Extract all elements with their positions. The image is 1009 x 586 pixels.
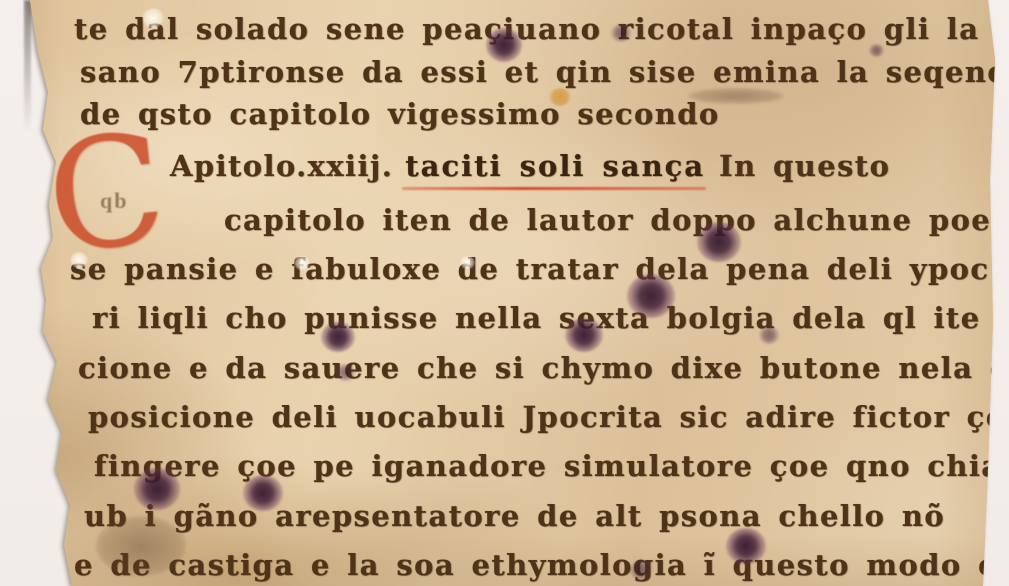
text-line-6: se pansie e fabuloxe de tratar dela pena… bbox=[70, 252, 989, 286]
ink-blot bbox=[697, 222, 741, 262]
initial-guide-letters: qb bbox=[100, 188, 128, 214]
parchment-glint bbox=[70, 252, 88, 268]
chapter-number: Apitolo.xxiij. bbox=[170, 149, 393, 183]
ink-blot bbox=[627, 274, 675, 318]
ink-blot bbox=[726, 528, 766, 564]
ink-blot bbox=[630, 560, 652, 580]
ink-blot bbox=[611, 24, 631, 42]
text-line-9: posicione deli uocabuli Jpocrita sic adi… bbox=[88, 400, 1009, 434]
brown-stain bbox=[96, 516, 186, 576]
text-line-7: ri liqli cho punisse nella sexta bolgia … bbox=[92, 301, 981, 335]
parchment-glint bbox=[142, 8, 164, 28]
text-line-10: fingere çoe pe iganadore simulatore çoe … bbox=[94, 449, 1002, 483]
ink-blot bbox=[321, 322, 355, 352]
ink-blot bbox=[336, 364, 355, 381]
ochre-spot bbox=[549, 88, 571, 106]
ink-blot bbox=[565, 318, 603, 352]
ink-smudge bbox=[688, 88, 784, 104]
text-line-11: ub i gãno arepsentatore de alt psona che… bbox=[84, 499, 945, 533]
ink-blot bbox=[243, 475, 283, 511]
chapter-heading-line: Apitolo.xxiij.taciti soli sançaIn questo bbox=[170, 149, 890, 183]
ink-blot bbox=[486, 28, 522, 62]
parchment-glint bbox=[460, 256, 475, 269]
ink-blot bbox=[759, 326, 779, 344]
heading-continuation: In questo bbox=[719, 149, 890, 183]
manuscript-scan: te dal solado sene peaçiuano ricotal inp… bbox=[0, 0, 1009, 586]
parchment-wrap: te dal solado sene peaçiuano ricotal inp… bbox=[0, 0, 1009, 586]
text-line-5: capitolo iten de lautor doppo alchune po… bbox=[224, 203, 1009, 237]
lemma-underlined-red: taciti soli sança bbox=[405, 149, 705, 183]
text-line-3: de qsto capitolo vigessimo secondo bbox=[80, 97, 720, 131]
text-line-8: cione e da sauere che si chymo dixe buto… bbox=[78, 351, 1009, 385]
ink-blot bbox=[869, 44, 884, 57]
parchment-glint bbox=[294, 256, 310, 270]
parchment-leaf: te dal solado sene peaçiuano ricotal inp… bbox=[0, 0, 1009, 586]
text-line-1: te dal solado sene peaçiuano ricotal inp… bbox=[74, 12, 979, 46]
text-line-12: e de castiga e la soa ethymologia ĩ ques… bbox=[74, 548, 1009, 582]
text-line-2: sano 7ptironse da essi et qin sise emina… bbox=[80, 55, 1009, 89]
ink-blot bbox=[134, 468, 180, 510]
